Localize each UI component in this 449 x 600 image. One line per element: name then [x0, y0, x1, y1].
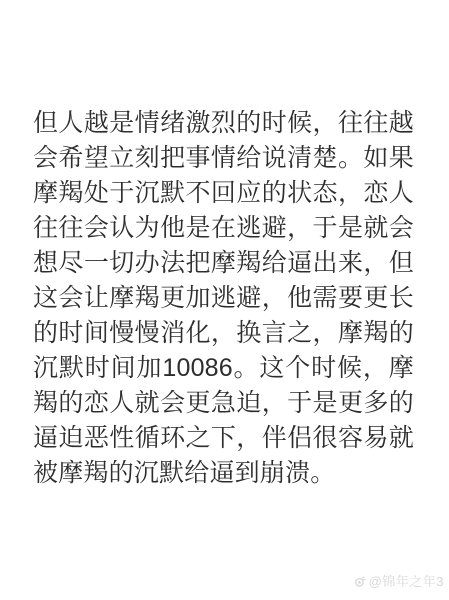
page: 但人越是情绪激烈的时候，往往越 会希望立刻把事情给说清楚。如果 摩羯处于沉默不回…	[0, 0, 449, 600]
watermark: @锦年之年3	[353, 574, 444, 589]
text-line: 羯的恋人就会更急迫，于是更多的	[33, 386, 414, 421]
text-line: 摩羯处于沉默不回应的状态，恋人	[33, 176, 414, 211]
text-line: 但人越是情绪激烈的时候，往往越	[33, 106, 414, 141]
text-line: 想尽一切办法把摩羯给逼出来，但	[33, 246, 414, 281]
article-text-block: 但人越是情绪激烈的时候，往往越 会希望立刻把事情给说清楚。如果 摩羯处于沉默不回…	[33, 106, 414, 491]
watermark-logo-icon	[353, 575, 366, 588]
text-line: 的时间慢慢消化，换言之，摩羯的	[33, 316, 414, 351]
text-line: 被摩羯的沉默给逼到崩溃。	[33, 456, 414, 491]
text-line: 会希望立刻把事情给说清楚。如果	[33, 141, 414, 176]
text-line: 这会让摩羯更加逃避，他需要更长	[33, 281, 414, 316]
watermark-text: @锦年之年3	[369, 574, 444, 589]
text-line: 逼迫恶性循环之下，伴侣很容易就	[33, 421, 414, 456]
text-line: 往往会认为他是在逃避，于是就会	[33, 211, 414, 246]
text-line: 沉默时间加10086。这个时候，摩	[33, 351, 414, 386]
